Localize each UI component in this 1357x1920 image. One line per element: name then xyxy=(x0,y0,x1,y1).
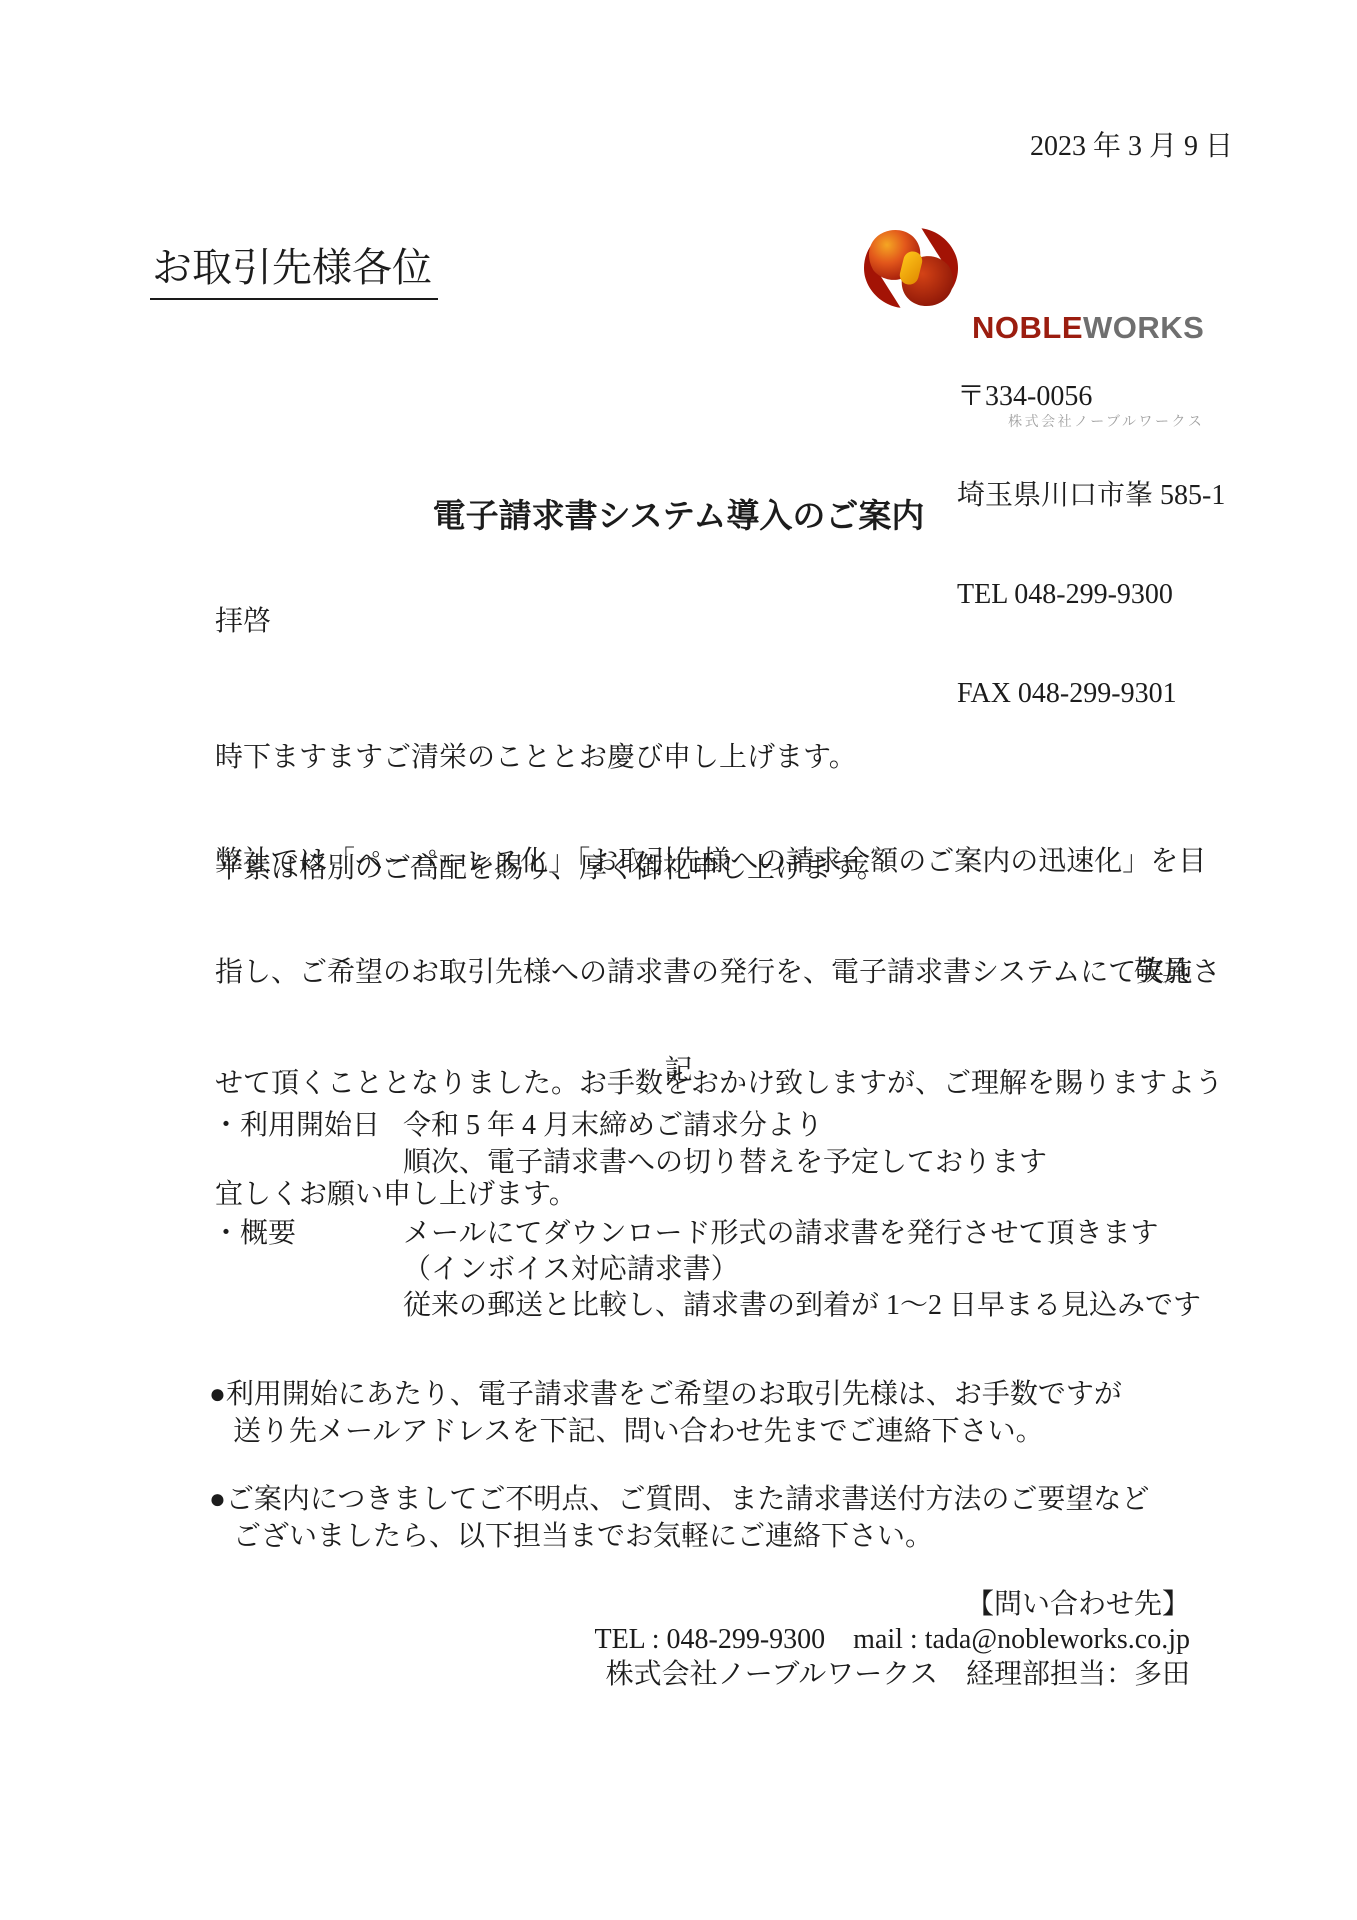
note-line: ございましたら、以下担当までお気軽にご連絡下さい。 xyxy=(233,1514,933,1554)
note-line: ●ご案内につきましてご不明点、ご質問、また請求書送付方法のご要望など xyxy=(209,1477,1149,1517)
note-line: ●利用開始にあたり、電子請求書をご希望のお取引先様は、お手数ですが xyxy=(209,1372,1122,1412)
detail-label-overview: ・概要 xyxy=(212,1211,296,1251)
recipient-heading: お取引先様各位 xyxy=(150,236,438,300)
record-marker: 記 xyxy=(0,1048,1357,1088)
contact-company: 株式会社ノーブルワークス 経理部担当：多田 xyxy=(606,1652,1190,1692)
contact-tel-mail: TEL : 048-299-9300 mail : tada@noblework… xyxy=(594,1617,1190,1657)
detail-line: 従来の郵送と比較し、請求書の到着が 1～2 日早まる見込みです xyxy=(403,1283,1201,1323)
note-line: 送り先メールアドレスを下記、問い合わせ先までご連絡下さい。 xyxy=(233,1409,1044,1449)
sender-address-block: 〒334-0056 埼玉県川口市峯 585-1 TEL 048-299-9300… xyxy=(957,314,1225,776)
date-line: 2023 年 3 月 9 日 xyxy=(1030,124,1233,164)
detail-line: （インボイス対応請求書） xyxy=(403,1247,739,1287)
document-page: 2023 年 3 月 9 日 お取引先様各位 xyxy=(0,0,1357,1920)
tel-line: TEL 048-299-9300 xyxy=(957,578,1225,611)
body-paragraph: 弊社では「ペーパーレス化」「お取引先様への請求金額のご案内の迅速化」を目 指し、… xyxy=(215,769,1223,1287)
postal-code: 〒334-0056 xyxy=(957,380,1225,413)
closing-word: 敬具 xyxy=(1134,949,1190,989)
salutation: 拝啓 xyxy=(215,599,271,639)
detail-line: 順次、電子請求書への切り替えを予定しております xyxy=(403,1140,1047,1180)
body-line: 指し、ご希望のお取引先様への請求書の発行を、電子請求書システムにて実施さ xyxy=(215,954,1223,991)
fax-line: FAX 048-299-9301 xyxy=(957,677,1225,710)
nobleworks-logo-icon xyxy=(858,224,964,312)
contact-heading: 【問い合わせ先】 xyxy=(966,1582,1190,1622)
detail-line: 令和 5 年 4 月末締めご請求分より xyxy=(403,1103,823,1143)
detail-label-start-date: ・利用開始日 xyxy=(212,1103,380,1143)
detail-line: メールにてダウンロード形式の請求書を発行させて頂きます xyxy=(403,1211,1158,1251)
document-title: 電子請求書システム導入のご案内 xyxy=(0,490,1357,537)
body-line: 弊社では「ペーパーレス化」「お取引先様への請求金額のご案内の迅速化」を目 xyxy=(215,843,1223,880)
body-line: 宜しくお願い申し上げます。 xyxy=(215,1176,1223,1213)
